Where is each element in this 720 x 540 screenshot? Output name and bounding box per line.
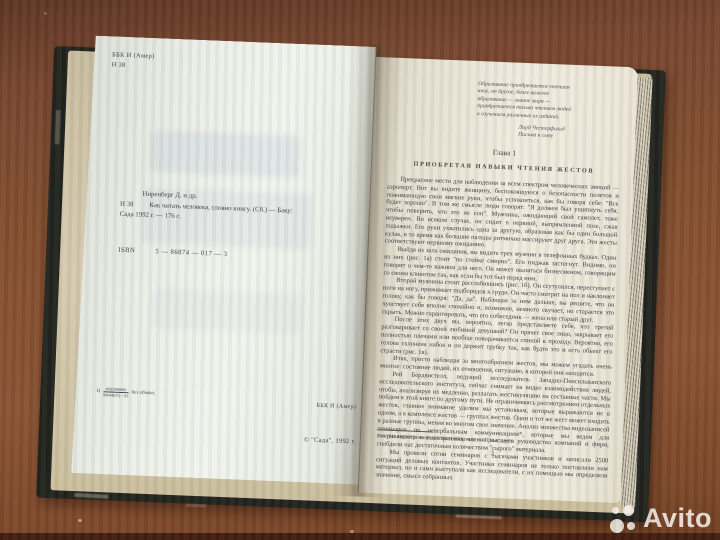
cover-wear-mark <box>74 493 108 499</box>
code-fraction: 4602000000 М644(07)—92 <box>103 386 129 398</box>
show-through-ghost <box>151 288 302 334</box>
cover-wear-mark <box>54 110 60 144</box>
isbn-line: ISBN5 — 86874 — 017 — 3 <box>118 247 227 258</box>
chapter-title: ПРИОБРЕТАЯ НАВЫКИ ЧТЕНИЯ ЖЕСТОВ <box>388 159 620 175</box>
code-prefix: Н <box>96 389 100 394</box>
chapter-label: Глава 1 <box>388 143 620 161</box>
cover-wear-mark <box>186 504 206 508</box>
code-suffix: без объявл. <box>131 390 155 396</box>
right-page-chapter1: Образование приобретается чтениемкниг, н… <box>359 57 638 503</box>
epigraph-source: Письма к сыну <box>518 132 564 141</box>
left-page-imprint: ББК И (Амер) Н 38 Ниренберг Д. и др. Н 3… <box>71 35 376 484</box>
avito-logo-icon <box>610 505 637 533</box>
isbn-value: 5 — 86874 — 017 — 3 <box>155 248 227 258</box>
print-code: Н 4602000000 М644(07)—92 без объявл. <box>96 386 155 399</box>
open-book: ББК И (Амер) Н 38 Ниренберг Д. и др. Н 3… <box>36 30 675 528</box>
bbk-classification: ББК И (Амер) Н 38 <box>111 50 154 71</box>
code-denominator: М644(07)—92 <box>103 391 129 398</box>
footnote-translator-note: Прим. перев. <box>484 438 515 445</box>
code-numerator: 4602000000 <box>103 386 129 392</box>
isbn-label: ISBN <box>118 247 135 255</box>
cover-wear-mark <box>456 514 502 519</box>
bbk-line: Н 38 <box>111 60 154 71</box>
show-through-ghost <box>149 130 301 178</box>
epigraph-attribution: Лорд Честерфильд Письма к сыну <box>518 125 565 142</box>
entry-code: Н 38 <box>120 200 134 208</box>
avito-watermark: Avito <box>610 503 712 534</box>
body-paragraph: Прекрасное место для наблюдения за всем … <box>385 175 620 254</box>
table-edge <box>0 533 720 540</box>
photo-of-open-book: ББК И (Амер) Н 38 Ниренберг Д. и др. Н 3… <box>0 0 720 540</box>
table-speck <box>44 12 47 15</box>
epigraph: Образование приобретается чтениемкниг, н… <box>477 81 610 123</box>
avito-watermark-label: Avito <box>643 503 712 534</box>
table-speck <box>78 519 82 522</box>
